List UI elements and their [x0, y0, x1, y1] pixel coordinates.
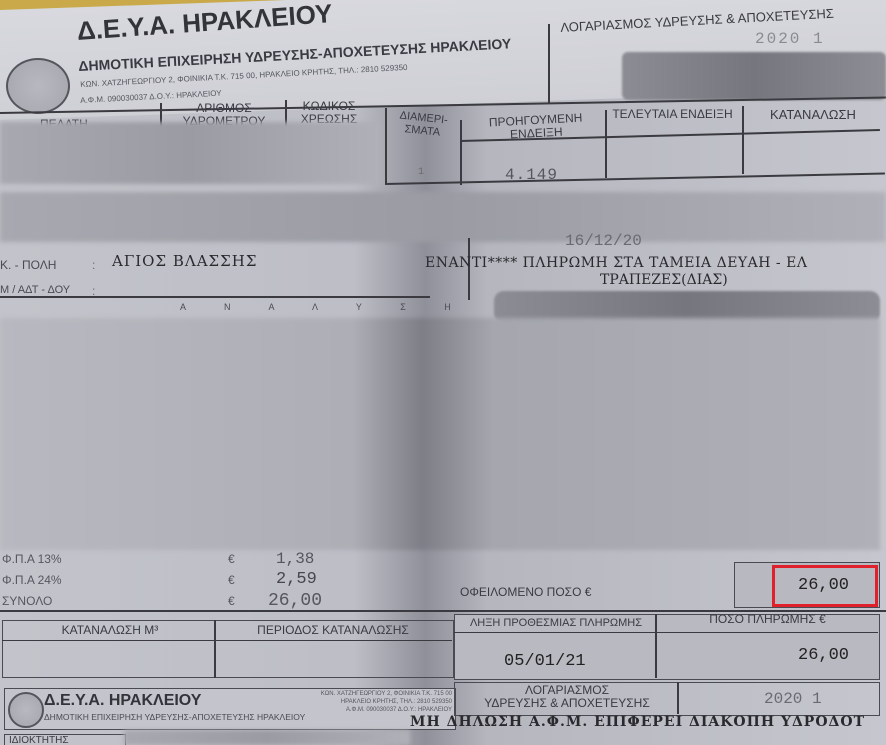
notice-line-1: ΕΝΑΝΤΙ**** ΠΛΗΡΩΜΗ ΣΤΑ ΤΑΜΕΙΑ ΔΕΥΑΗ - ΕΛ: [425, 255, 807, 271]
divider: [454, 632, 878, 633]
stub-bill-title: ΛΟΓΑΡΙΑΣΜΟΣ ΥΔΡΕΥΣΗΣ & ΑΠΟΧΕΤΕΥΣΗΣ: [462, 684, 672, 710]
col-consumption-period: ΠΕΡΙΟΔΟΣ ΚΑΤΑΝΑΛΩΣΗΣ: [218, 624, 448, 637]
col-payment-amount: ΠΟΣΟ ΠΛΗΡΩΜΗΣ €: [660, 613, 875, 626]
due-date-value: 05/01/21: [504, 652, 586, 671]
divider: [548, 24, 550, 104]
stub-bill-title-line: ΥΔΡΕΥΣΗΣ & ΑΠΟΧΕΤΕΥΣΗΣ: [462, 697, 672, 710]
payment-amount-value: 26,00: [798, 646, 849, 665]
divider: [655, 614, 657, 678]
vat-24-label: Φ.Π.Α 24%: [2, 573, 62, 587]
analysis-heading: Α Ν Α Λ Υ Σ Η: [180, 302, 469, 312]
notice-date: 16/12/20: [565, 232, 642, 250]
col-consumption-m3: ΚΑΤΑΝΑΛΩΣΗ Μ³: [10, 624, 210, 637]
divider: [214, 620, 216, 678]
stub-org-name: Δ.Ε.Υ.Α. ΗΡΑΚΛΕΙΟΥ: [44, 692, 201, 710]
stub-address-line: ΗΡΑΚΛΕΙΟ ΚΡΗΤΗΣ, ΤΗΛ.: 2810 529350: [300, 698, 452, 706]
total-amount: 26,00: [268, 591, 322, 611]
divider: [742, 106, 744, 174]
divider: [385, 108, 387, 183]
apartments-value: 1: [418, 167, 424, 178]
notice-line-2: ΤΡΑΠΕΖΕΣ(ΔΙΑΣ): [600, 272, 728, 288]
total-label: ΣΥΝΟΛΟ: [2, 594, 52, 608]
col-consumption: ΚΑΤΑΝΑΛΩΣΗ: [748, 108, 878, 121]
divider: [677, 682, 679, 714]
stub-logo-icon: [8, 692, 44, 728]
city-value: ΑΓΙΟΣ ΒΛΑΣΣΗΣ: [112, 252, 257, 270]
stub-warning: ΜΗ ΔΗΛΩΣΗ Α.Φ.Μ. ΕΠΙΦΕΡΕΙ ΔΙΑΚΟΠΗ ΥΔΡΟΔΟ…: [410, 714, 865, 730]
stub-address-line: Α.Φ.Μ. 090030037 Δ.Ο.Υ.: ΗΡΑΚΛΕΙΟΥ: [300, 706, 452, 714]
deya-logo-icon: [6, 58, 70, 114]
divider: [2, 640, 452, 641]
redacted-account: [622, 52, 886, 100]
divider: [0, 296, 430, 298]
city-label: Κ. - ΠΟΛΗ: [0, 258, 56, 272]
stub-owner-label: ΙΔΙΟΚΤΗΤΗΣ: [4, 734, 126, 745]
currency-symbol: €: [228, 552, 235, 566]
currency-symbol: €: [228, 573, 235, 587]
bill-period: 2020 1: [755, 30, 825, 48]
tax-label: Μ / ΑΔΤ - ΔΟΥ: [0, 284, 70, 296]
owed-label: ΟΦΕΙΛΟΜΕΝΟ ΠΟΣΟ €: [460, 585, 591, 599]
stub-period: 2020 1: [764, 690, 822, 708]
vat-24-amount: 2,59: [276, 570, 317, 589]
separator: :: [92, 258, 95, 272]
redacted-customer-details: [0, 192, 886, 242]
col-last-reading: ΤΕΛΕΥΤΑΙΑ ΕΝΔΕΙΞΗ: [610, 108, 735, 121]
vat-13-label: Φ.Π.Α 13%: [2, 552, 62, 566]
stub-org-full: ΔΗΜΟΤΙΚΗ ΕΠΙΧΕΙΡΗΣΗ ΥΔΡΕΥΣΗΣ-ΑΠΟΧΕΤΕΥΣΗΣ…: [44, 712, 305, 722]
col-due-date: ΛΗΞΗ ΠΡΟΘΕΣΜΙΑΣ ΠΛΗΡΩΜΗΣ: [458, 617, 654, 630]
stub-address: ΚΩΝ. ΧΑΤΖΗΓΕΩΡΓΙΟΥ 2, ΦΟΙΝΙΚΙΑ Τ.Κ. 715 …: [300, 690, 452, 714]
stub-address-line: ΚΩΝ. ΧΑΤΖΗΓΕΩΡΓΙΟΥ 2, ΦΟΙΝΙΚΙΑ Τ.Κ. 715 …: [300, 690, 452, 698]
redacted-analysis: [0, 318, 880, 550]
redacted-customer-info: [0, 122, 380, 184]
divider: [460, 120, 462, 185]
divider: [605, 110, 607, 178]
vat-13-amount: 1,38: [276, 550, 314, 568]
owed-amount: 26,00: [798, 576, 849, 595]
redacted-owner: [124, 730, 410, 745]
currency-symbol: €: [228, 594, 235, 608]
